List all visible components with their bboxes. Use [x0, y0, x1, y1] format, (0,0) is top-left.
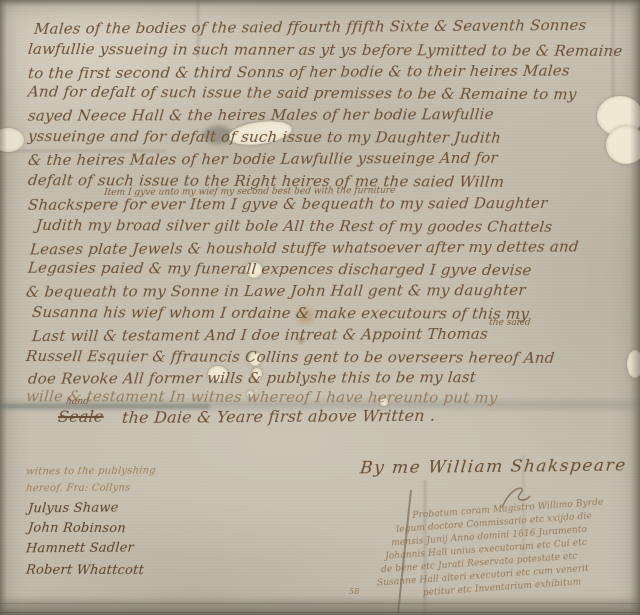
- will-text-line: lawfullie yssueing in such manner as yt …: [27, 42, 623, 59]
- will-text-line: Males of the bodies of the saied ffourth…: [33, 18, 587, 37]
- will-text-line: doe Revoke All former wills & publyshe t…: [27, 370, 476, 387]
- will-text-line: Legasies paied & my funerall expences di…: [27, 261, 532, 279]
- will-text-line: Susanna his wief whom I ordaine & make e…: [31, 305, 529, 322]
- will-closing-line: the Daie & Yeare first above Written .: [121, 408, 436, 426]
- page-edge-right: [630, 0, 640, 615]
- page-edge-left: [0, 0, 7, 615]
- witness-signature: Hamnett Sadler: [25, 542, 134, 556]
- will-text-line: Judith my broad silver gilt bole All the…: [35, 218, 553, 235]
- witness-attestation-line: hereof. Fra: Collyns: [26, 484, 131, 495]
- struck-out-word: Seale: [57, 409, 104, 425]
- witness-signature: Julyus Shawe: [27, 502, 119, 516]
- interlineation-hand: hand: [66, 398, 90, 407]
- will-text-line: to the first second & third Sonns of her…: [27, 64, 570, 82]
- will-text-line: Leases plate Jewels & houshold stuffe wh…: [29, 240, 579, 258]
- will-text-line: & the heires Males of her bodie Lawfulli…: [27, 151, 498, 168]
- bottom-crease-line: [0, 612, 640, 613]
- will-text-line: & bequeath to my Sonne in Lawe John Hall…: [25, 283, 526, 300]
- probate-clause: Probatum coram Magistro Willimo Byrde le…: [327, 494, 640, 606]
- bottom-crease-line: [0, 603, 640, 604]
- will-text-line: sayed Neece Hall & the heires Males of h…: [27, 107, 494, 124]
- will-text-line: wille & testament In witnes whereof I ha…: [25, 389, 498, 406]
- page-edge-top: [0, 0, 640, 7]
- will-text-line: Russell Esquier & ffrauncis Collins gent…: [25, 349, 555, 366]
- interlineation-the-saied: the saied: [489, 319, 532, 328]
- witness-signature: Robert Whattcott: [25, 564, 144, 577]
- will-text-line: And for defalt of such issue the said pr…: [27, 85, 577, 103]
- shakespeare-signature: By me William Shakspeare: [359, 458, 627, 478]
- witness-signature: John Robinson: [27, 522, 126, 536]
- witness-attestation-line: witnes to the publyshing: [26, 466, 157, 477]
- will-text-line: Last will & testament And I doe intreat …: [31, 327, 488, 344]
- parchment-page: Males of the bodies of the saied ffourth…: [0, 0, 640, 615]
- will-text-line: Shackspere for ever Item I gyve & bequea…: [27, 196, 548, 213]
- will-text-line: yssueinge and for defalt of such issue t…: [27, 129, 501, 146]
- probate-mark: 58: [349, 588, 359, 596]
